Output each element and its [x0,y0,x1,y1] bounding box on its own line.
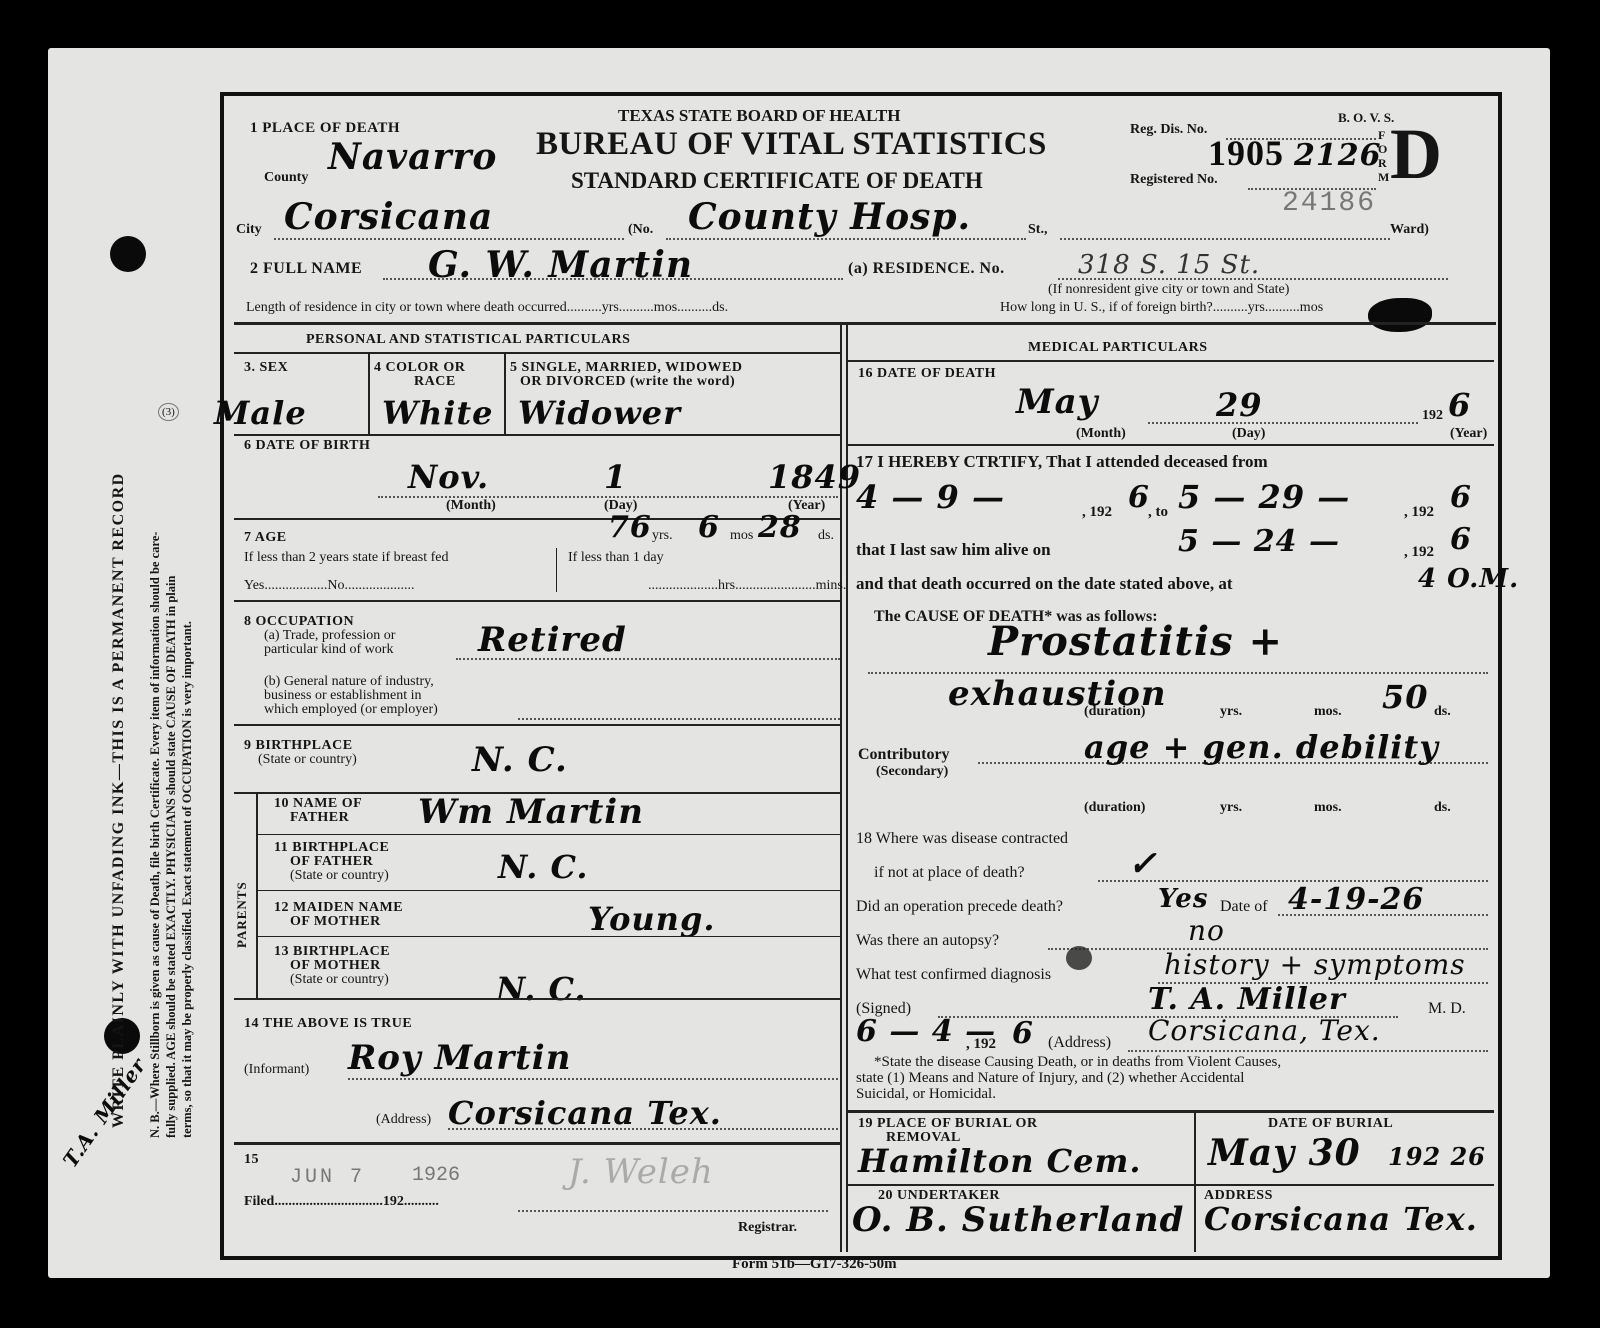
city-line [274,238,624,240]
marital-value: Widower [518,394,681,432]
mother-birthplace-value: N. C. [496,970,587,1008]
age-days: 28 [758,510,802,545]
last-saw-date: 5 — 24 — [1178,524,1340,559]
dod-year-prefix: 192 [1422,408,1443,424]
form-number: Form 51b—G17-326-50m [732,1256,897,1273]
cause-mos-label: mos. [1314,704,1342,720]
filed-stamp-year: 1926 [412,1164,460,1187]
row-rule [234,998,840,1000]
certificate-paper: WRITE PLAINLY WITH UNFADING INK—THIS IS … [48,48,1550,1278]
place-of-death-label: 1 PLACE OF DEATH [250,120,400,137]
dod-label: 16 DATE OF DEATH [858,366,996,382]
attended-to-label: , to [1148,504,1168,521]
father-birthplace-value: N. C. [498,848,589,886]
attended-from-year: 6 [1128,480,1150,515]
parents-label: PARENTS [234,881,250,948]
contributory-value: age + gen. debility [1084,728,1439,766]
row-rule [256,936,840,937]
registered-label: Registered No. [1130,172,1218,188]
age-years: 76 [608,510,652,545]
ward-label: Ward) [1390,222,1429,238]
cause-duration-label: (duration) [1084,704,1145,720]
secondary-label: (Secondary) [876,764,948,780]
foreign-birth: How long in U. S., if of foreign birth?.… [1000,300,1323,316]
burial-date-value: May 30 [1208,1132,1361,1174]
age-label: 7 AGE [244,530,287,546]
test-label: What test confirmed diagnosis [856,966,1051,984]
punch-hole-top [110,236,146,272]
reg-dis-value: 1905 [1208,132,1284,174]
filed-label: Filed...............................192.… [244,1194,439,1210]
registrar-label: Registrar. [738,1220,797,1236]
dod-day: 29 [1216,386,1263,424]
agency-title: TEXAS STATE BOARD OF HEALTH [618,106,900,126]
dod-year-caption: (Year) [1450,426,1487,442]
md-label: M. D. [1428,1000,1466,1018]
form-letter: D [1390,114,1442,194]
bureau-title: BUREAU OF VITAL STATISTICS [536,126,1047,163]
medical-title-rule [846,360,1494,362]
city-label: City [236,222,262,238]
age-mos-label: mos [730,528,753,544]
form-vertical-label: FORM [1378,128,1388,184]
cause-primary: Prostatitis + [988,618,1283,665]
row-rule [234,518,840,520]
dod-year-suffix: 6 [1448,386,1471,424]
signed-year-prefix: , 192 [966,1036,996,1053]
circle-mark: (3) [158,403,179,421]
operation-value: Yes [1158,884,1208,914]
burial-divider [1194,1110,1196,1252]
yes-no: Yes..................No.................… [244,578,414,594]
dod-line [1148,422,1418,424]
side-annotation: T.A. Miller [58,1053,151,1172]
residence-label: (a) RESIDENCE. No. [848,260,1005,278]
certificate-title: STANDARD CERTIFICATE OF DEATH [571,168,983,194]
dob-day: 1 [604,458,627,496]
mother-label-2: OF MOTHER [290,914,381,930]
operation-date-label: Date of [1220,898,1268,916]
row-rule [846,1184,1494,1186]
st-label: St., [1028,222,1047,238]
filed-number: 15 [244,1152,259,1168]
bovs-label: B. O. V. S. [1338,110,1394,126]
row-rule [234,1142,840,1145]
footnote-1: *State the disease Causing Death, or in … [874,1054,1281,1071]
full-name-value: G. W. Martin [428,244,693,286]
sex-value: Male [214,394,307,432]
county-value: Navarro [328,136,497,178]
burial-place-value: Hamilton Cem. [858,1142,1142,1180]
age-ds-label: ds. [818,528,834,544]
street-line [666,238,1026,240]
attended-to-year-prefix: , 192 [1404,504,1434,521]
attended-from-year-prefix: , 192 [1082,504,1112,521]
certify-line: 17 I HEREBY CTRTIFY, That I attended dec… [856,452,1268,472]
contributory-yrs-label: yrs. [1220,800,1242,816]
row-rule [846,444,1494,446]
filed-stamp-date: JUN 7 [290,1166,365,1189]
last-saw-year-prefix: , 192 [1404,544,1434,561]
contracted-label-2: if not at place of death? [874,864,1025,882]
ward-line [1060,238,1390,240]
informant-address-value: Corsicana Tex. [448,1094,722,1132]
ink-smudge [1066,946,1092,970]
age-divider [556,548,557,592]
row-rule [256,890,840,891]
cause-ds-label: ds. [1434,704,1451,720]
physician-address-label: (Address) [1048,1034,1111,1052]
test-value: history + symptoms [1164,948,1466,981]
dob-month: Nov. [408,458,489,496]
operation-date-value: 4-19-26 [1288,882,1424,917]
sex-label: 3. SEX [244,360,288,376]
registrar-signature: J. Weleh [568,1152,714,1192]
autopsy-label: Was there an autopsy? [856,932,999,950]
row-rule [256,834,840,835]
footnote-3: Suicidal, or Homicidal. [856,1086,996,1103]
no-label: (No. [628,222,653,238]
dob-label: 6 DATE OF BIRTH [244,438,370,454]
age-yrs-label: yrs. [652,528,673,544]
attended-from: 4 — 9 — [856,478,1005,516]
contributory-ds-label: ds. [1434,800,1451,816]
city-value: Corsicana [284,196,493,238]
signed-year: 6 [1012,1016,1034,1051]
contracted-label-1: 18 Where was disease contracted [856,830,1068,848]
mother-bp-label-3: (State or country) [290,972,389,988]
occ-b-3: which employed (or employer) [264,702,438,718]
county-label: County [264,170,308,186]
margin-instructions-1: N. B.—Where Stillborn is given as cause … [148,532,163,1138]
length-residence: Length of residence in city or town wher… [246,300,728,316]
physician-address-value: Corsicana, Tex. [1148,1014,1381,1047]
contracted-value: ✓ [1128,844,1158,884]
above-true-label: 14 THE ABOVE IS TRUE [244,1016,412,1032]
attended-to-year: 6 [1450,480,1472,515]
industry-line [518,718,840,720]
hospital-value: County Hosp. [688,196,971,238]
personal-title-rule [234,352,840,354]
ink-blot [1368,298,1432,332]
last-saw-label: that I last saw him alive on [856,540,1051,560]
stamp-number: 24186 [1282,188,1376,219]
registered-value: 2126 [1294,138,1382,173]
breast-fed-label: If less than 2 years state if breast fed [244,550,448,566]
dob-year: 1849 [768,458,861,496]
color-label-2: RACE [414,374,456,390]
parents-divider [256,792,258,998]
personal-section-title: PERSONAL AND STATISTICAL PARTICULARS [306,332,630,348]
informant-line [348,1078,838,1080]
operation-label: Did an operation precede death? [856,898,1063,916]
death-time: 4 O.M. [1418,564,1519,594]
registrar-line [518,1210,828,1212]
row-rule [846,1110,1494,1113]
undertaker-value: O. B. Sutherland [852,1200,1184,1240]
dod-month: May [1016,382,1098,422]
row-rule [234,724,840,726]
margin-instructions-3: terms, so that it may be properly classi… [180,621,195,1138]
informant-label: (Informant) [244,1062,309,1078]
undertaker-address-value: Corsicana Tex. [1204,1200,1478,1238]
residence-value: 318 S. 15 St. [1078,250,1260,280]
contributory-mos-label: mos. [1314,800,1342,816]
dod-day-caption: (Day) [1232,426,1265,442]
father-label-2: FATHER [290,810,349,826]
margin-instructions-2: fully supplied. AGE should be stated EXA… [164,576,179,1138]
signed-value: T. A. Miller [1148,982,1346,1017]
occupation-value: Retired [478,620,627,660]
informant-value: Roy Martin [348,1038,571,1078]
father-bp-label-3: (State or country) [290,868,389,884]
autopsy-value: no [1188,914,1225,947]
birthplace-sub: (State or country) [258,752,357,768]
full-name-label: 2 FULL NAME [250,260,362,278]
death-occurred-label: and that death occurred on the date stat… [856,574,1233,594]
color-value: White [382,394,494,432]
contributory-duration-label: (duration) [1084,800,1145,816]
father-value: Wm Martin [418,792,644,832]
informant-address-label: (Address) [376,1112,431,1128]
color-divider [504,352,506,434]
age-months: 6 [698,510,720,545]
reg-dis-label: Reg. Dis. No. [1130,122,1207,138]
dob-month-caption: (Month) [446,498,496,514]
margin-ink-notice: WRITE PLAINLY WITH UNFADING INK—THIS IS … [110,472,128,1128]
birthplace-value: N. C. [472,740,568,780]
last-saw-year: 6 [1450,522,1472,557]
burial-date-label: DATE OF BURIAL [1268,1116,1393,1132]
header-divider [234,322,1496,325]
burial-year: 192 26 [1388,1142,1486,1171]
less-one-day-label: If less than 1 day [568,550,664,566]
dod-month-caption: (Month) [1076,426,1126,442]
sex-divider [368,352,370,434]
cause-yrs-label: yrs. [1220,704,1242,720]
medical-section-title: MEDICAL PARTICULARS [1028,340,1208,356]
nonresident-note: (If nonresident give city or town and St… [1048,282,1289,298]
contributory-label: Contributory [858,746,950,764]
marital-label-2: OR DIVORCED (write the word) [520,374,735,390]
mother-value: Young. [588,900,715,938]
hrs-mins: ....................hrs.................… [648,578,846,594]
row-rule [234,434,840,436]
occ-a-2: particular kind of work [264,642,393,658]
row-rule [234,600,840,602]
cause-duration-days: 50 [1382,678,1429,716]
physician-address-line [1128,1050,1488,1052]
footnote-2: state (1) Means and Nature of Injury, an… [856,1070,1244,1087]
attended-to: 5 — 29 — [1178,478,1350,516]
